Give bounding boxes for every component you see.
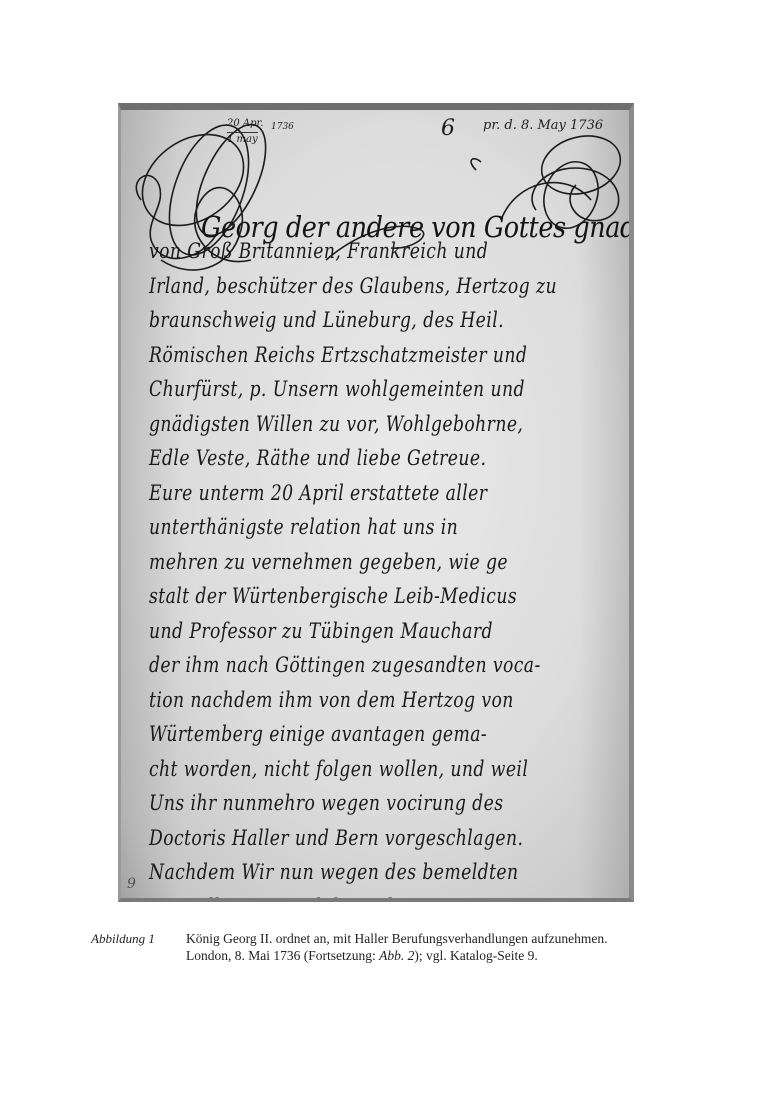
archive-folio-mark: 9	[127, 876, 136, 892]
caption-line-2: London, 8. Mai 1736 (Fortsetzung: Abb. 2…	[186, 947, 686, 964]
manuscript-line: unterthänigste relation hat uns in	[149, 510, 534, 545]
figure-label: Abbildung 1	[91, 930, 155, 947]
manuscript-photograph: 20 Apr. 1 may 1736 6 pr. d. 8. May 1736 …	[118, 103, 634, 902]
manuscript-line: Doctoris Haller und Bern vorgeschlagen.	[149, 821, 534, 856]
caption-line-1: König Georg II. ordnet an, mit Haller Be…	[186, 930, 686, 947]
margin-note-date-received: 20 Apr.	[227, 118, 263, 129]
manuscript-line: Nachdem Wir nun wegen des bemeldten	[149, 855, 534, 890]
manuscript-line: Dr. Haller von euch beygelegten guten	[149, 890, 534, 903]
manuscript-line: mehren zu vernehmen gegeben, wie ge	[149, 545, 534, 580]
margin-note-praesentatum: pr. d. 8. May 1736	[483, 118, 603, 133]
manuscript-line: von Groß Britannien, Frankreich und	[149, 234, 534, 269]
margin-note-year: 1736	[271, 122, 294, 132]
caption-figure-reference: Abb. 2	[379, 948, 414, 963]
manuscript-line: braunschweig und Lüneburg, des Heil.	[149, 303, 534, 338]
manuscript-line: stalt der Würtenbergische Leib-Medicus	[149, 579, 534, 614]
margin-note-date-answered: 1 may	[227, 132, 258, 145]
document-page: 20 Apr. 1 may 1736 6 pr. d. 8. May 1736 …	[0, 0, 779, 1100]
manuscript-text: von Groß Britannien, Frankreich und Irla…	[149, 230, 619, 902]
caption-line-2-suffix: ); vgl. Katalog-Seite 9.	[414, 948, 537, 963]
manuscript-line: und Professor zu Tübingen Mauchard	[149, 614, 534, 649]
manuscript-line: Eure unterm 20 April erstattete aller	[149, 476, 534, 511]
manuscript-line: Uns ihr nunmehro wegen vocirung des	[149, 786, 534, 821]
manuscript-line: Würtemberg einige avantagen gema-	[149, 717, 534, 752]
manuscript-line: tion nachdem ihm von dem Hertzog von	[149, 683, 534, 718]
manuscript-line: Churfürst, p. Unsern wohlgemeinten und	[149, 372, 534, 407]
caption-text: König Georg II. ordnet an, mit Haller Be…	[186, 930, 686, 964]
caption-line-2-prefix: London, 8. Mai 1736 (Fortsetzung:	[186, 948, 379, 963]
manuscript-line: cht worden, nicht folgen wollen, und wei…	[149, 752, 534, 787]
manuscript-line: gnädigsten Willen zu vor, Wohlgebohrne,	[149, 407, 534, 442]
manuscript-line: Römischen Reichs Ertzschatzmeister und	[149, 338, 534, 373]
folio-number: 6	[441, 116, 455, 141]
manuscript-line: Irland, beschützer des Glaubens, Hertzog…	[149, 269, 534, 304]
manuscript-line: der ihm nach Göttingen zugesandten voca-	[149, 648, 534, 683]
manuscript-line: Edle Veste, Räthe und liebe Getreue.	[149, 441, 534, 476]
